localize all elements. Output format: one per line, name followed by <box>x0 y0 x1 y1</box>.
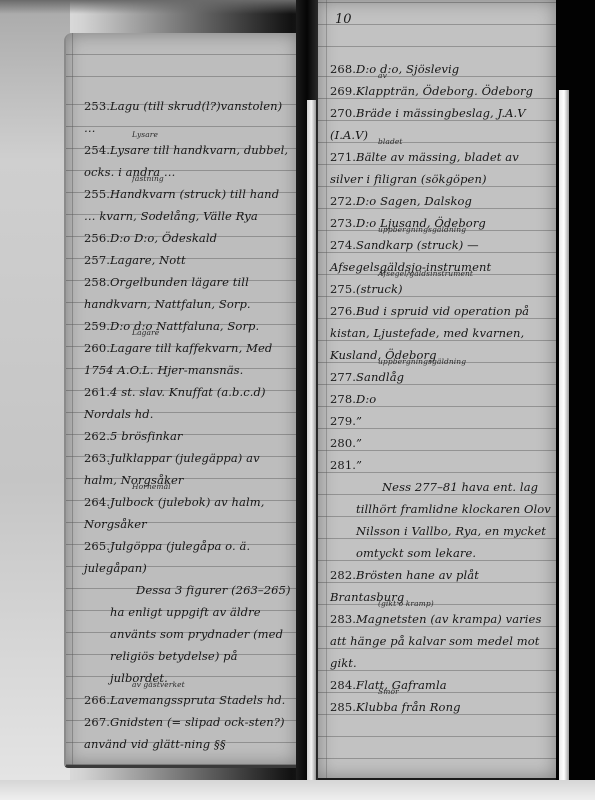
entry-number: 267. <box>84 711 110 733</box>
right-ledger-page: 10 268.D:o d:o, Sjöslevigav269.Klappträn… <box>318 0 556 788</box>
ledger-entry: Afsegel/gäldsinstrument275.(struck) <box>330 278 552 300</box>
ledger-entry: 258.Orgelbunden lägare till handkvarn, N… <box>84 271 294 315</box>
entry-number: 285. <box>330 696 356 718</box>
entry-text: Klappträn, Ödeborg. Ödeborg <box>356 84 533 98</box>
entry-number: 284. <box>330 674 356 696</box>
entry-number: 280. <box>330 432 356 454</box>
entry-text: 4 st. slav. Knuffat (a.b.c.d) Nordals hd… <box>84 385 266 421</box>
entry-number: 282. <box>330 564 356 586</box>
entry-text: Magnetsten (av krampa) varies att hänge … <box>330 612 541 670</box>
entry-text: D:o D:o, Ödeskald <box>110 231 217 245</box>
entry-text: D:o <box>356 392 376 406</box>
ledger-entry: Smör285.Klubba från Rong <box>330 696 552 718</box>
ledger-entry: 253.Lagu (till skrud(l?)vanstolen) … <box>84 95 294 139</box>
ledger-entry: 263.Julklappar (julegäppa) av halm, Norg… <box>84 447 294 491</box>
entry-number: 263. <box>84 447 110 469</box>
entry-text: 5 brösfinkar <box>110 429 183 443</box>
ledger-entry: 282.Brösten hane av plåt Brantasburg <box>330 564 552 608</box>
ledger-entry: Hornemål264.Julbock (julebok) av halm, N… <box>84 491 294 535</box>
entry-number: 264. <box>84 491 110 513</box>
ledger-entry: 280.” <box>330 432 552 454</box>
entry-number: 269. <box>330 80 356 102</box>
ledger-entry: 279.” <box>330 410 552 432</box>
entry-interlinear-insert: Afsegel/gäldsinstrument <box>378 269 473 278</box>
entry-number: 277. <box>330 366 356 388</box>
entry-interlinear-insert: fästning <box>132 174 164 183</box>
ledger-entry: 261.4 st. slav. Knuffat (a.b.c.d) Nordal… <box>84 381 294 425</box>
entry-number: 258. <box>84 271 110 293</box>
entry-number: 283. <box>330 608 356 630</box>
ledger-entry: 278.D:o <box>330 388 552 410</box>
entry-text: Lagare, Nott <box>110 253 186 267</box>
entry-interlinear-insert: av <box>378 71 387 80</box>
entry-number: 262. <box>84 425 110 447</box>
entry-text: ” <box>356 436 362 450</box>
entry-number: 255. <box>84 183 110 205</box>
ledger-entry: Lagare260.Lagare till kaffekvarn, Med 17… <box>84 337 294 381</box>
ledger-entry: 281.” <box>330 454 552 476</box>
spine-highlight <box>307 100 316 780</box>
ledger-entry: av gästverket266.Lavemangsspruta Stadels… <box>84 689 294 711</box>
ledger-entry: fästning255.Handkvarn (struck) till hand… <box>84 183 294 227</box>
entry-text: Lagare till kaffekvarn, Med 1754 A.O.L. … <box>84 341 272 377</box>
entry-text: ” <box>356 458 362 472</box>
ledger-entry: 272.D:o Sagen, Dalskog <box>330 190 552 212</box>
entry-interlinear-insert: (gikt o kramp) <box>378 599 434 608</box>
entry-interlinear-insert: Lagare <box>132 328 159 337</box>
ledger-entry: 284.Flatt, Gaframla <box>330 674 552 696</box>
entry-text: Handkvarn (struck) till hand … kvarn, So… <box>84 187 279 223</box>
entry-interlinear-insert: Hornemål <box>132 482 171 491</box>
entry-number: 276. <box>330 300 356 322</box>
bottom-margin <box>0 780 595 800</box>
entry-interlinear-insert: bladet <box>378 137 403 146</box>
entry-text: Bud i spruid vid operation på kistan, Lj… <box>330 304 529 362</box>
entry-text: D:o d:o, Sjöslevig <box>356 62 459 76</box>
ledger-entry: Lysare254.Lysare till handkvarn, dubbel,… <box>84 139 294 183</box>
entry-text: Sandlåg <box>356 370 404 384</box>
ledger-entry: 265.Julgöppa (julegåpa o. ä. julegåpan) <box>84 535 294 579</box>
entry-number: 268. <box>330 58 356 80</box>
ledger-entry: Ness 277–81 hava ent. lag tillhört framl… <box>330 476 552 564</box>
ledger-entry: 259.D:o d:o Nattfaluna, Sorp. <box>84 315 294 337</box>
entry-number: 253. <box>84 95 110 117</box>
ledger-entry: Dessa 3 figurer (263–265) ha enligt uppg… <box>84 579 294 689</box>
ledger-entry: 268.D:o d:o, Sjöslevig <box>330 58 552 80</box>
entry-number: 272. <box>330 190 356 212</box>
entry-text: Lysare till handkvarn, dubbel, ocks. i a… <box>84 143 288 179</box>
entry-text: Lavemangsspruta Stadels hd. <box>110 693 285 707</box>
entry-number: 256. <box>84 227 110 249</box>
entry-interlinear-insert: uppbergningsgäldning <box>378 357 466 366</box>
ledger-entry: 256.D:o D:o, Ödeskald <box>84 227 294 249</box>
ledger-entry: (gikt o kramp)283.Magnetsten (av krampa)… <box>330 608 552 674</box>
ledger-entry: 257.Lagare, Nott <box>84 249 294 271</box>
entry-text: D:o Sagen, Dalskog <box>356 194 472 208</box>
entry-text: Gnidsten (= slipad ock-sten?) använd vid… <box>84 715 285 751</box>
entry-interlinear-insert: Smör <box>378 687 399 696</box>
entry-number: 259. <box>84 315 110 337</box>
right-page-edge-highlight <box>559 90 569 780</box>
entry-number: 278. <box>330 388 356 410</box>
entry-number: 273. <box>330 212 356 234</box>
left-entry-list: 253.Lagu (till skrud(l?)vanstolen) …Lysa… <box>84 95 294 755</box>
entry-number: 270. <box>330 102 356 124</box>
entry-number: 266. <box>84 689 110 711</box>
entry-text: Bälte av mässing, bladet av silver i fil… <box>330 150 519 186</box>
ledger-entry: bladet271.Bälte av mässing, bladet av si… <box>330 146 552 190</box>
ledger-entry: 262.5 brösfinkar <box>84 425 294 447</box>
entry-number: 274. <box>330 234 356 256</box>
entry-number: 254. <box>84 139 110 161</box>
ledger-entry: 270.Bräde i mässingbeslag, J.A.V (I.A.V) <box>330 102 552 146</box>
entry-number: 271. <box>330 146 356 168</box>
entry-interlinear-insert: av gästverket <box>132 680 185 689</box>
entry-text: Julklappar (julegäppa) av halm, Norgsåke… <box>84 451 260 487</box>
ledger-entry: 267.Gnidsten (= slipad ock-sten?) använd… <box>84 711 294 755</box>
entry-interlinear-insert: uppbergningsgäldning <box>378 225 466 234</box>
entry-interlinear-insert: Lysare <box>132 130 158 139</box>
entry-number: 279. <box>330 410 356 432</box>
entry-text: Klubba från Rong <box>356 700 461 714</box>
entry-text: Julbock (julebok) av halm, Norgsåker <box>84 495 265 531</box>
entry-text: ” <box>356 414 362 428</box>
entry-text: Dessa 3 figurer (263–265) ha enligt uppg… <box>110 583 291 685</box>
entry-number: 275. <box>330 278 356 300</box>
entry-number: 261. <box>84 381 110 403</box>
ledger-entry: av269.Klappträn, Ödeborg. Ödeborg <box>330 80 552 102</box>
entry-text: (struck) <box>356 282 403 296</box>
entry-text: Ness 277–81 hava ent. lag tillhört framl… <box>356 480 551 560</box>
entry-text: Lagu (till skrud(l?)vanstolen) … <box>84 99 282 135</box>
ledger-entry: uppbergningsgäldning277.Sandlåg <box>330 366 552 388</box>
left-margin-shadow <box>0 0 70 800</box>
entry-text: Bräde i mässingbeslag, J.A.V (I.A.V) <box>330 106 526 142</box>
entry-number: 281. <box>330 454 356 476</box>
entry-number: 257. <box>84 249 110 271</box>
entry-number: 260. <box>84 337 110 359</box>
left-ledger-page: 253.Lagu (till skrud(l?)vanstolen) …Lysa… <box>64 33 298 768</box>
entry-text: Flatt, Gaframla <box>356 678 447 692</box>
right-entry-list: 268.D:o d:o, Sjöslevigav269.Klappträn, Ö… <box>330 58 552 718</box>
page-number: 10 <box>335 12 352 27</box>
entry-number: 265. <box>84 535 110 557</box>
